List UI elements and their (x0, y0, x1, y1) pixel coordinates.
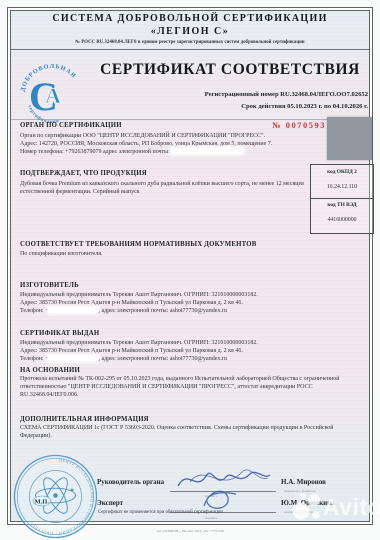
organ-heading: ОРГАН ПО СЕРТИФИКАЦИИ (20, 122, 122, 130)
stamp-mp-label: М.П. (35, 499, 50, 506)
manufacturer-contacts-line: Телефон: +, адрес электронной почты: ash… (20, 307, 350, 315)
organ-phone-email-text: Номер телефона: +79263879079 адрес элект… (20, 149, 170, 155)
validity-period: Срок действия 05.10.2023 г. по 04.10.202… (120, 103, 368, 110)
requirements-heading: СООТВЕТСТВУЕТ ТРЕБОВАНИЯМ НОРМАТИВНЫХ ДО… (20, 241, 350, 249)
organ-name-line: Орган по сертификации ООО "ЦЕНТР ИССЛЕДО… (20, 132, 320, 140)
issued-phone-prefix: Телефон: + (20, 356, 48, 362)
product-codes-box: код ОКПД 2 16.24.12.110 код ТН ВЭД 44160… (310, 164, 374, 234)
product-heading: ПОДТВЕРЖДАЕТ, ЧТО ПРОДУКЦИЯ (20, 170, 147, 178)
manufacturer-phone-prefix: Телефон: + (20, 308, 48, 314)
basis-text: Протокола испытаний № ТК-002-295 от 05.1… (20, 375, 354, 399)
requirements-text: По спецификации изготовителя. (20, 250, 350, 258)
blank-print-info: АО «ОПЦИОН», Москва, 2023, «В», 73 № 028 (95, 529, 285, 533)
issued-heading: СЕРТИФИКАТ ВЫДАН (20, 330, 99, 338)
issued-email-text: , адрес электронной почты: ashot77730@ya… (98, 356, 226, 362)
okpd-code-value: 16.24.12.110 (311, 184, 373, 190)
head-name: Н.А. Миронов (281, 478, 326, 486)
redacted-phone-box (48, 307, 98, 313)
expert-signature-icon (170, 486, 276, 516)
tnved-code-value: 4416000000 (311, 217, 373, 223)
avito-logo-icon (291, 489, 323, 525)
registration-number: Регистрационный номер RU.32468.04ЛЕГО.ОО… (120, 91, 368, 98)
issued-address-line: Адрес: 385730 Россия Респ Адыгея р-н Май… (20, 347, 350, 355)
system-title-line2: «ЛЕГИОН С» (10, 26, 370, 37)
redacted-phone-box-2 (48, 355, 98, 361)
avito-watermark-text: Avito (323, 494, 380, 521)
voluntary-certification-logo-icon: ДОБРОВОЛЬНАЯ сертификация С А (14, 54, 90, 128)
blank-number: № 0070593 (238, 120, 326, 130)
organ-address-line: Адрес: 142720, РОССИЯ, Московская област… (20, 140, 320, 148)
okpd-code-label: код ОКПД 2 (311, 169, 373, 175)
issued-name-line: Индивидуальный предприниматель Терекян А… (20, 339, 350, 347)
header-divider (10, 49, 370, 50)
avito-watermark: Avito (291, 489, 380, 525)
codes-divider (311, 198, 373, 199)
additional-heading: ДОПОЛНИТЕЛЬНАЯ ИНФОРМАЦИЯ (20, 416, 149, 424)
system-registry-note: № РОСС RU.32468.04.ЛЕГ0 в едином реестре… (10, 40, 370, 45)
additional-text: СХЕМА СЕРТИФИКАЦИИ 1с (ГОСТ Р 53603-2020… (20, 424, 336, 440)
basis-heading: НА ОСНОВАНИИ (20, 367, 80, 375)
manufacturer-name-line: Индивидуальный предприниматель Терекян А… (20, 291, 350, 299)
system-title-line1: СИСТЕМА ДОБРОВОЛЬНОЙ СЕРТИФИКАЦИИ (10, 13, 370, 24)
certificate-photo: СИСТЕМА ДОБРОВОЛЬНОЙ СЕРТИФИКАЦИИ «ЛЕГИО… (0, 0, 380, 540)
logo-monogram-a: А (45, 83, 61, 108)
expert-sign-caption: подпись (205, 516, 218, 520)
manufacturer-email-text: , адрес электронной почты: ashot77730@ya… (98, 308, 226, 314)
tnved-code-label: код ТН ВЭД (311, 202, 373, 208)
head-role-label: Руководитель органа (97, 478, 164, 486)
certificate-title: СЕРТИФИКАТ СООТВЕТСТВИЯ (88, 61, 372, 79)
organ-contacts-line: Номер телефона: +79263879079 адрес элект… (20, 148, 320, 156)
org-round-stamp-icon: · ЦЕНТР ИССЛЕДОВАНИЙ И СЕРТИФИКАЦИИ · ПР… (8, 449, 103, 540)
manufacturer-address-line: Адрес: 385730 Россия Респ Адыгея р-н Май… (20, 299, 350, 307)
redacted-email-box (171, 148, 243, 154)
issued-contacts-line: Телефон: +, адрес электронной почты: ash… (20, 355, 350, 363)
redacted-qr-area (327, 117, 372, 160)
product-description: Дубовая бочка Premium из кавказского ска… (20, 180, 307, 196)
manufacturer-heading: ИЗГОТОВИТЕЛЬ (20, 282, 79, 290)
